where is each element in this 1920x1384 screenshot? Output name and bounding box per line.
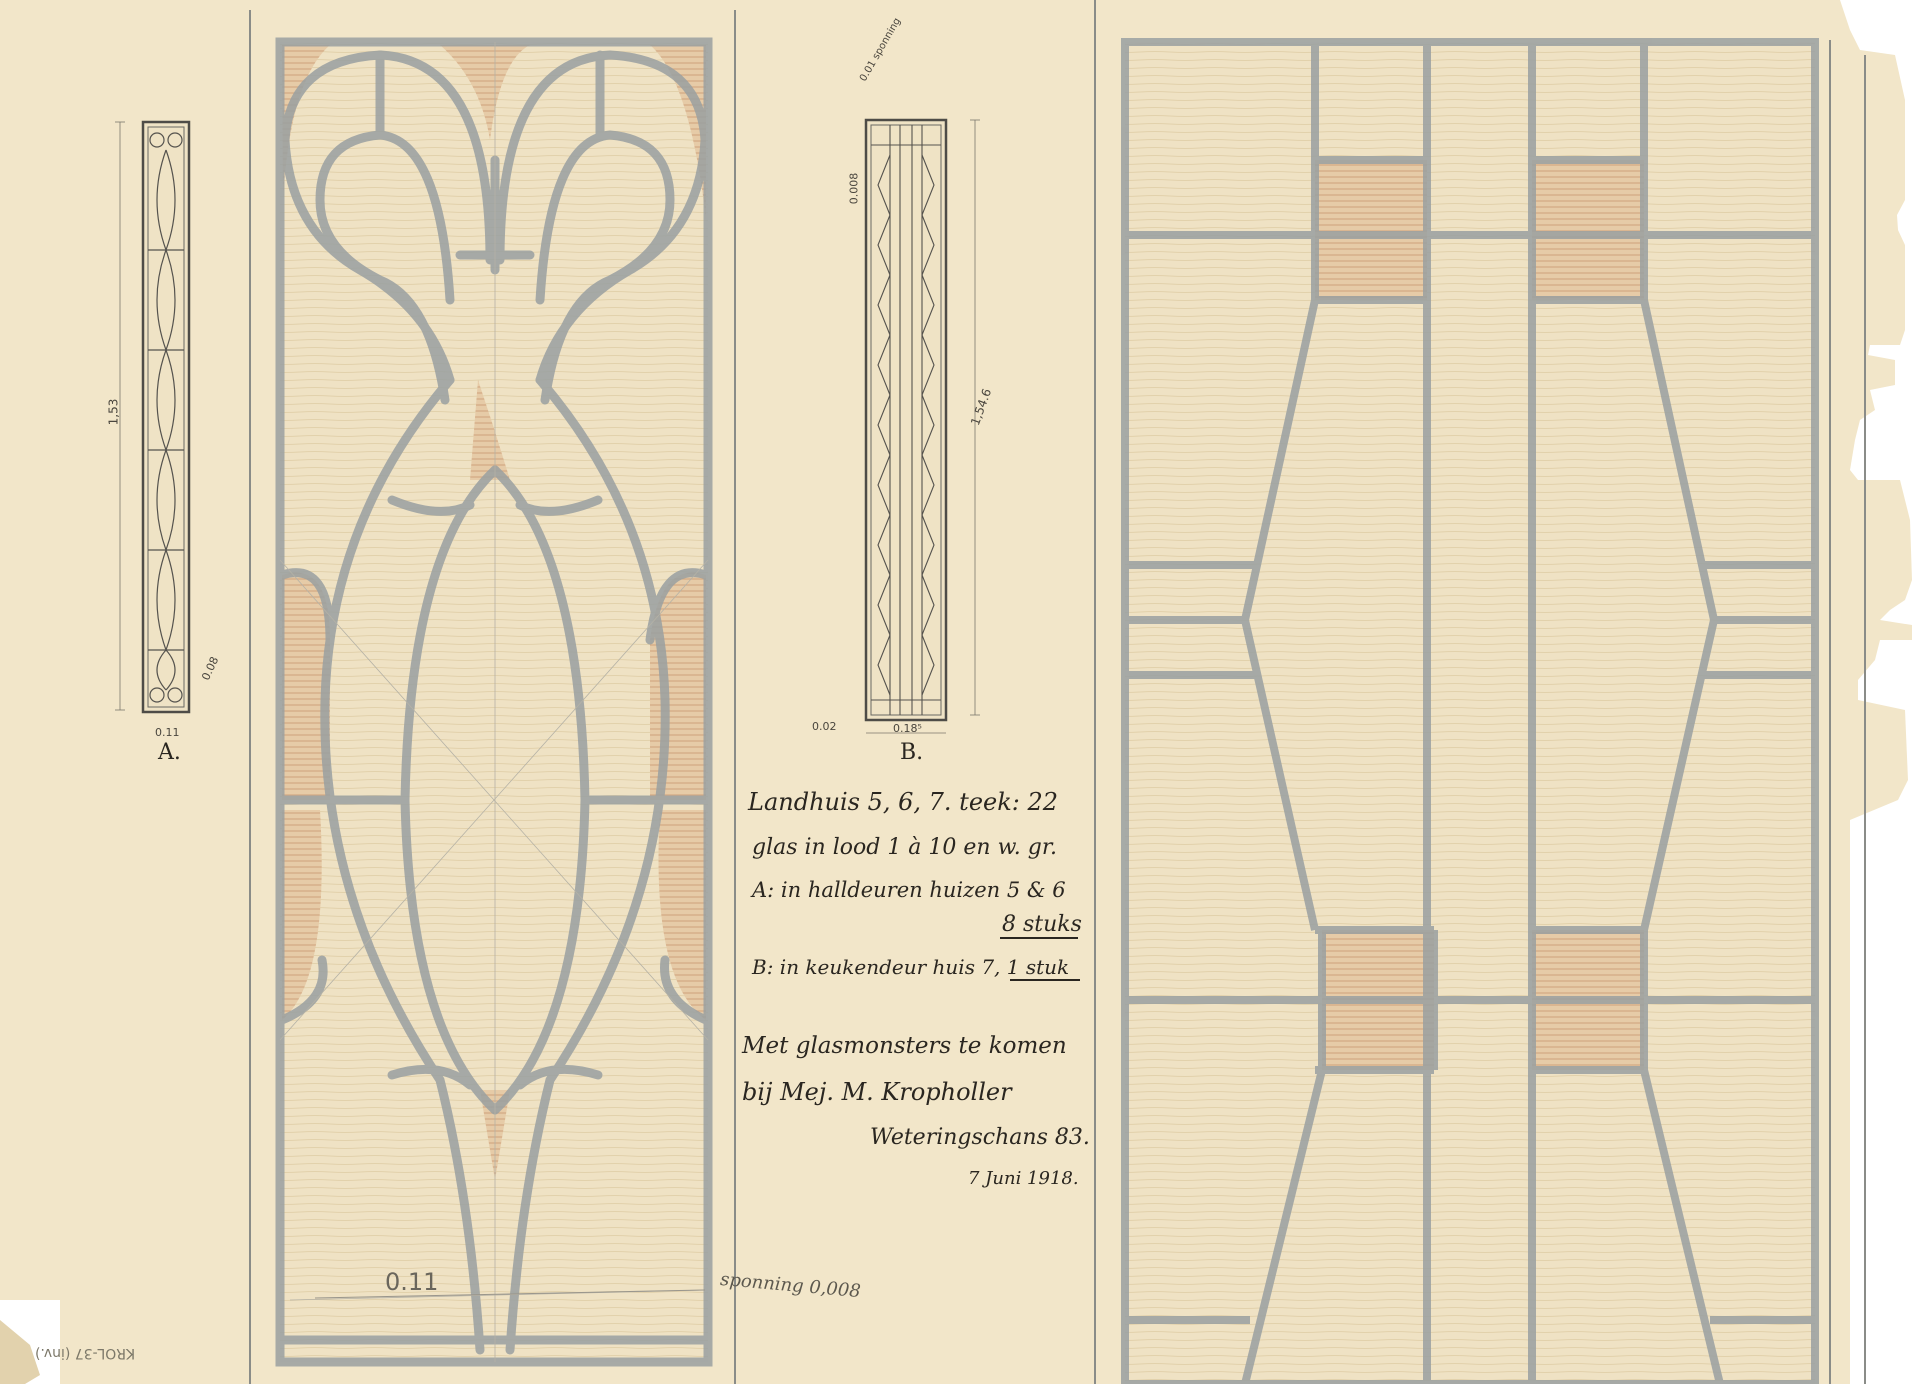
note-line-8: Weteringschans 83. xyxy=(870,1125,1090,1150)
note-line-4: 8 stuks xyxy=(1002,912,1082,937)
detail-b-side-dim: 0.008 xyxy=(847,173,860,205)
note-line-7: bij Mej. M. Kropholler xyxy=(742,1078,1012,1106)
large-panel-a xyxy=(280,42,708,1362)
note-line-5: B: in keukendeur huis 7, 1 stuk xyxy=(752,955,1069,979)
drawing-canvas xyxy=(0,0,1920,1384)
note-line-2: glas in lood 1 à 10 en w. gr. xyxy=(752,835,1057,860)
note-line-9: 7 Juni 1918. xyxy=(968,1168,1079,1189)
detail-a-height-dim: 1,53 xyxy=(106,399,120,426)
drawing-sheet xyxy=(0,0,1920,1384)
note-line-1: Landhuis 5, 6, 7. teek: 22 xyxy=(748,788,1058,816)
detail-b-label: B. xyxy=(900,740,923,765)
detail-a-label: A. xyxy=(158,740,181,765)
note-line-3: A: in halldeuren huizen 5 & 6 xyxy=(752,878,1066,902)
archive-mark: KROL-37 (inv.) xyxy=(35,1345,135,1361)
detail-a-width-dim: 0.11 xyxy=(155,726,180,739)
note-line-6: Met glasmonsters te komen xyxy=(742,1033,1067,1059)
large-panel-b xyxy=(1125,42,1815,1384)
detail-b-margin-dim: 0.02 xyxy=(812,720,837,733)
detail-b-width-dim: 0.18⁵ xyxy=(893,722,922,735)
panel-a-bottom-dim: 0.11 xyxy=(385,1268,438,1296)
